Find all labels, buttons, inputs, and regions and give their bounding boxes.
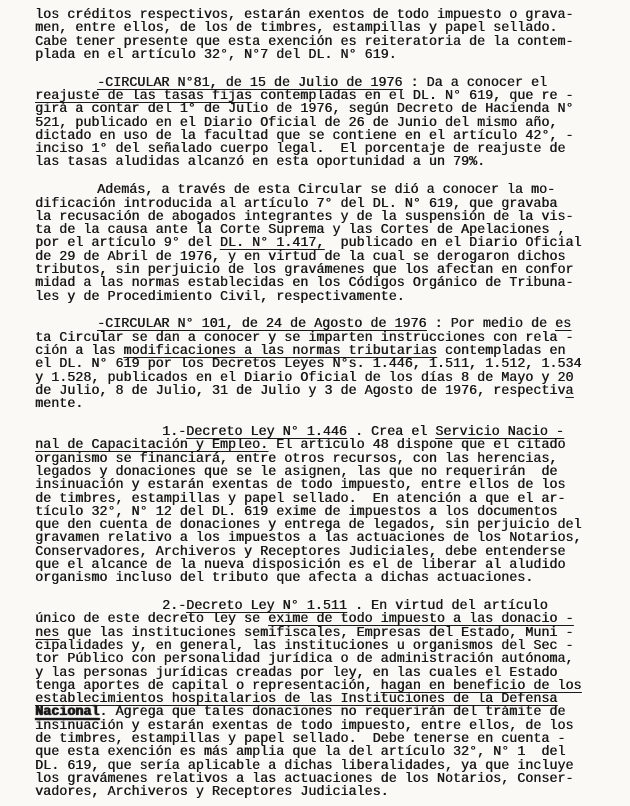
paragraph-decreto-1511: 2.-Decreto Ley N° 1.511 . En virtud del … [35,600,610,799]
text-run: mente. [35,397,83,412]
scanned-document-page: los créditos respectivos, estarán exento… [0,0,630,806]
text-run: los créditos respectivos, estarán exento… [35,8,573,63]
hyphenation-underline: a [565,384,573,399]
paragraph-ademas: Además, a través de esta Circular se dió… [35,184,610,304]
paragraph-decreto-1446: 1.-Decreto Ley N° 1.446 . Crea el Servic… [35,426,610,586]
text-run: . Agrega que tales donaciones no requeri… [35,705,573,800]
paragraph-circular-81: -CIRCULAR N°81, de 15 de Julio de 1976 :… [35,77,610,170]
paragraph-circular-101: -CIRCULAR N° 101, de 24 de Agosto de 197… [35,318,610,411]
paragraph-continuation: los créditos respectivos, estarán exento… [35,9,610,62]
text-run: El artículo 48 dispone que el citado org… [35,438,581,586]
